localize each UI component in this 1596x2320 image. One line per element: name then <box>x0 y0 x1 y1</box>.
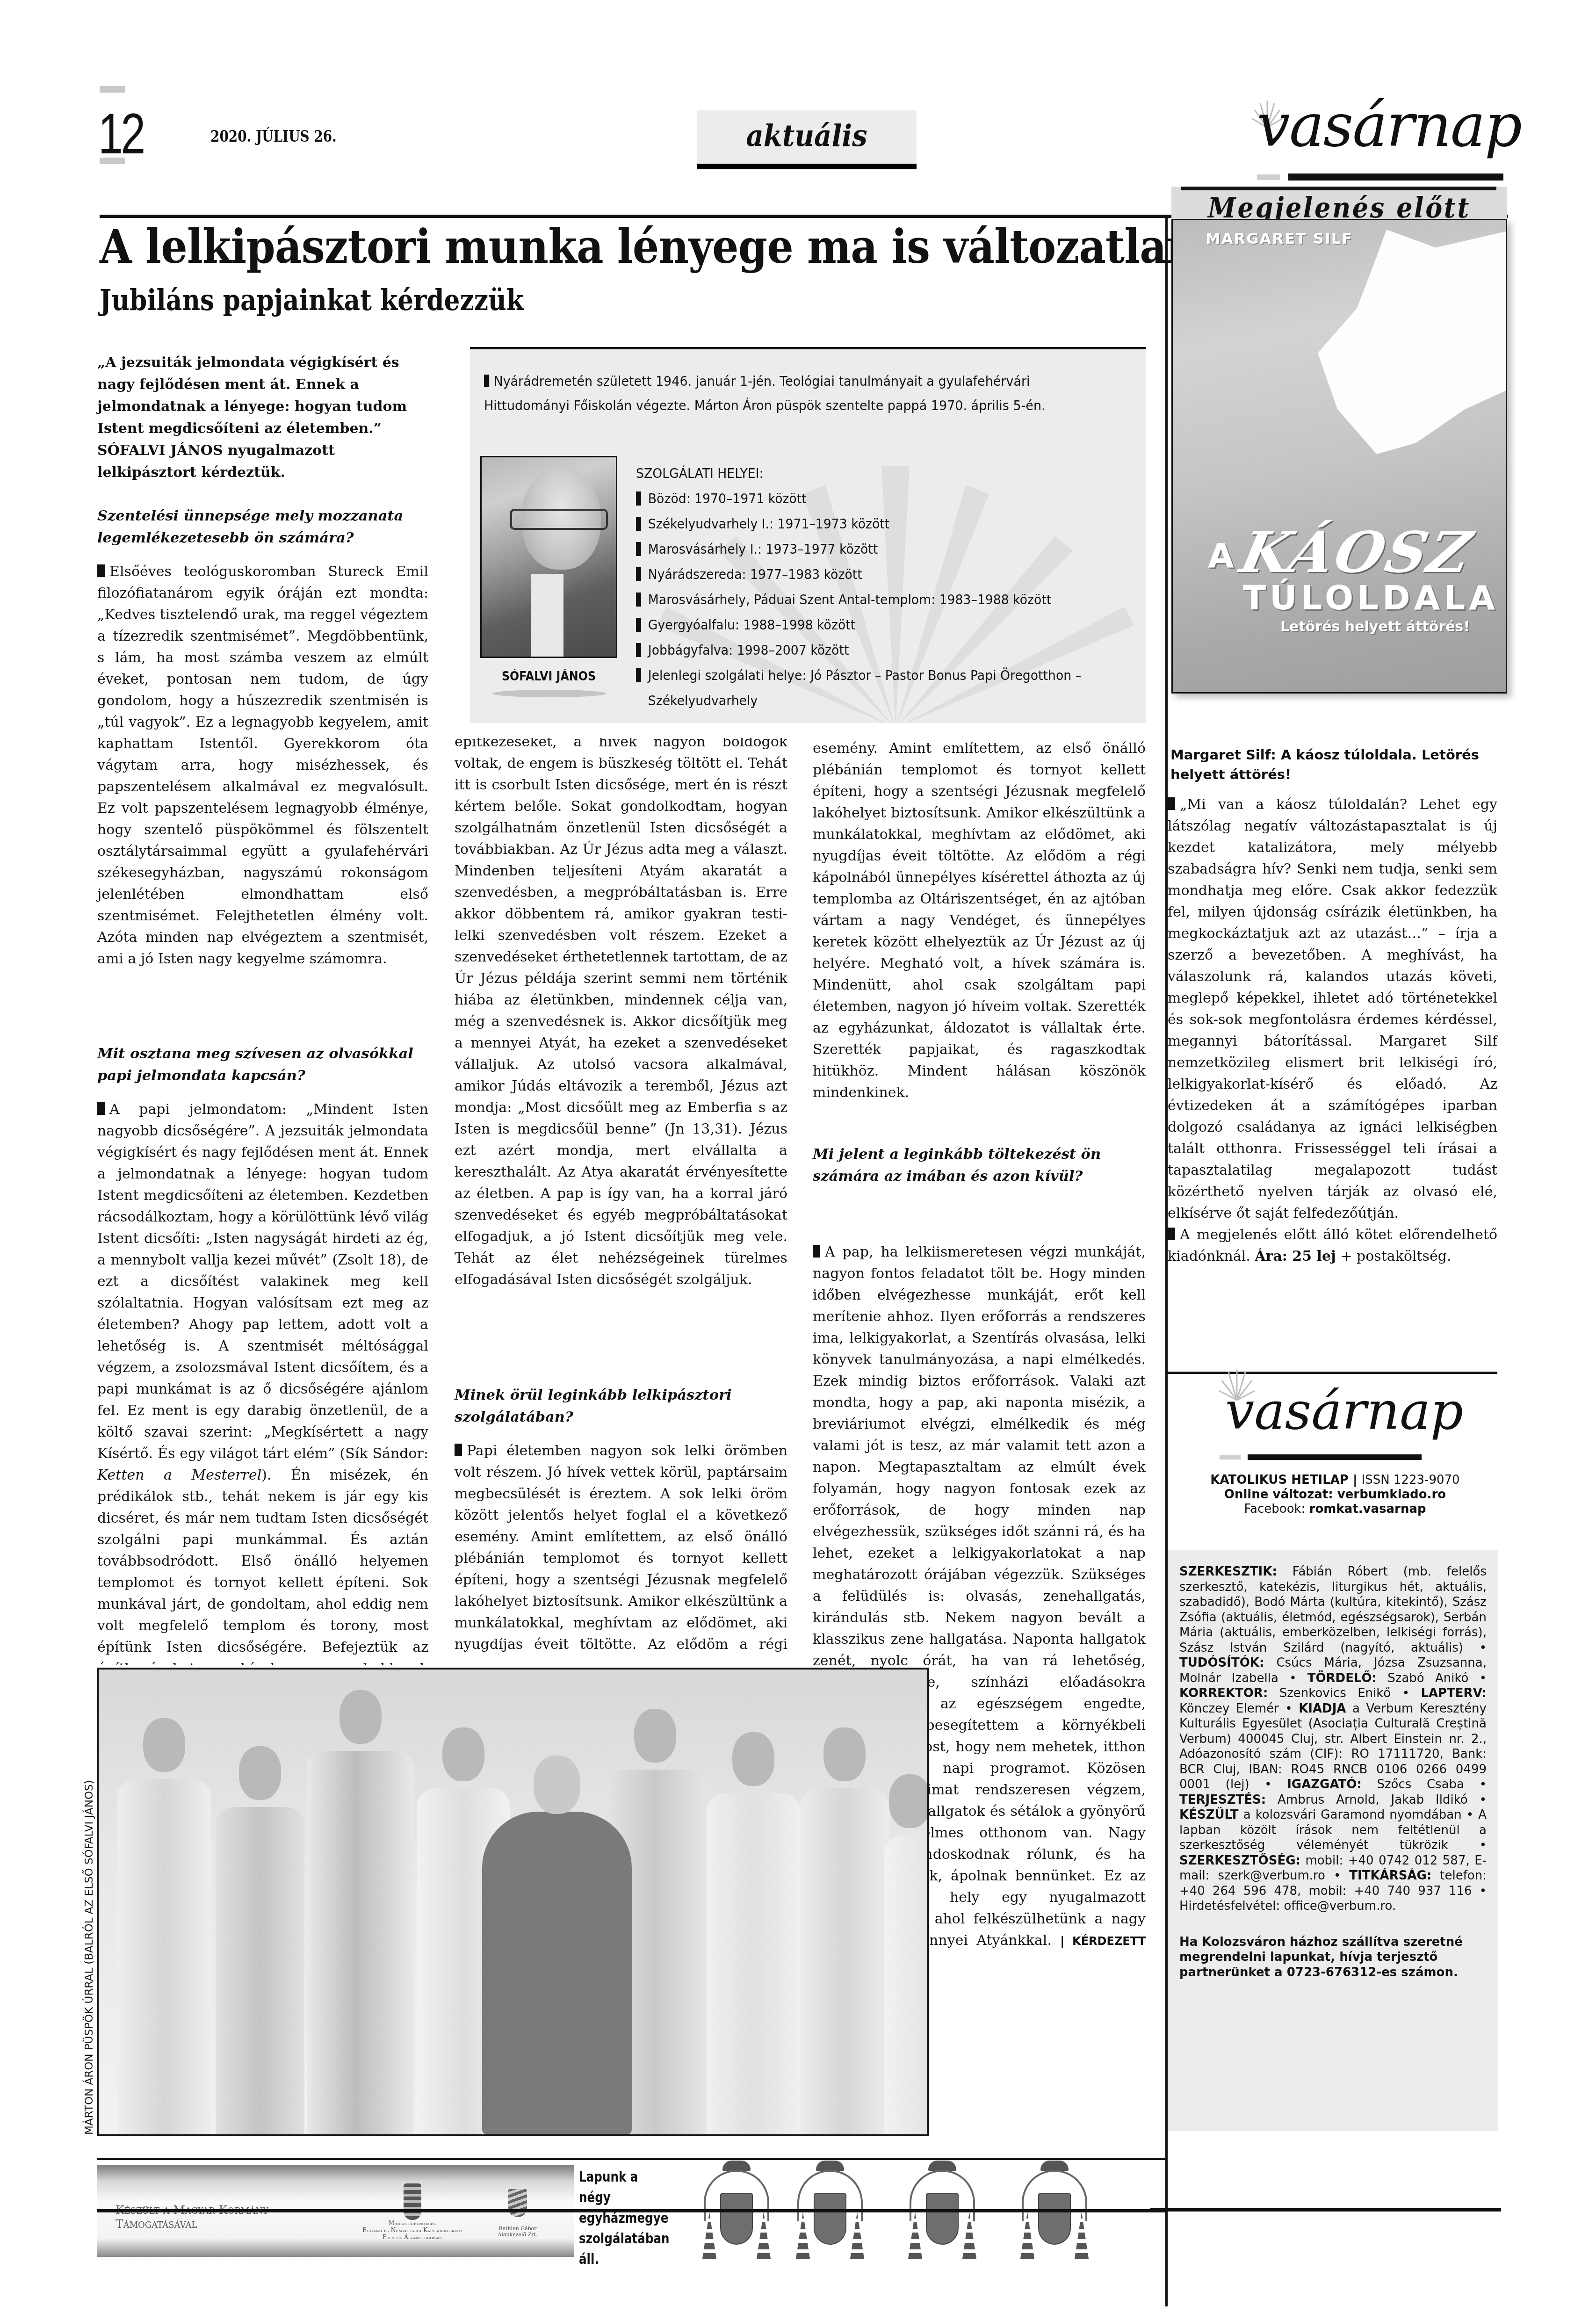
photo-head <box>339 1690 382 1744</box>
diocese-coat-of-arms-icon <box>795 2161 865 2268</box>
imprint-info: KATOLIKUS HETILAP | ISSN 1223-9070 Onlin… <box>1171 1473 1499 1517</box>
portrait-caption: SÓFALVI JÁNOS <box>489 669 609 684</box>
paragraph-marker <box>1168 1228 1175 1240</box>
answer-2-part-a: A papi jelmondatom: „Mindent Isten nagyo… <box>97 1099 428 1665</box>
photo-head <box>442 1727 484 1781</box>
sponsor-text: Készült a Magyar KormányTámogatásával <box>116 2203 268 2231</box>
logo-bar-grey <box>1220 1455 1241 1460</box>
question-4: Mi jelent a leginkább töltekezést ön szá… <box>813 1143 1146 1187</box>
online-version: Online változat: verbumkiado.ro <box>1171 1488 1499 1502</box>
editorial-credits: SZERKESZTIK: Fábián Róbert (mb. felelős … <box>1168 1550 1498 2131</box>
diocese-coat-of-arms-icon <box>701 2161 772 2268</box>
bethlen-gabor-text: Bethlen Gábor Alapkezelő Zrt. <box>490 2226 546 2238</box>
bullet-bar <box>636 668 641 682</box>
logo-bar-black <box>1248 1454 1422 1460</box>
answer-3-part-b: Papi életemben nagyon sok lelki örömben … <box>813 738 1146 1126</box>
bullet-bar <box>636 491 641 506</box>
cover-title-a: A <box>1208 536 1234 575</box>
subheadline: Jubiláns papjainkat kérdezzük <box>100 283 524 317</box>
bullet-bar <box>636 618 641 632</box>
photo-figure <box>884 1835 929 2134</box>
book-title: Margaret Silf: A káosz túloldala. Letöré… <box>1170 745 1498 784</box>
paragraph-marker <box>455 1444 462 1456</box>
credits-text: SZERKESZTIK: Fábián Róbert (mb. felelős … <box>1179 1564 1487 1914</box>
service-place-item: Bözöd: 1970–1971 között <box>636 486 1101 511</box>
ministry-text: MiniszterelnökségEgyházi és Nemzetiségi … <box>335 2220 490 2241</box>
credit-label: KÉSZÜLT <box>1179 1808 1239 1822</box>
service-place-item: Marosvásárhely, Páduai Szent Antal-templ… <box>636 587 1101 612</box>
photo-bishop <box>482 1812 632 2134</box>
logo-bar-grey <box>1257 174 1280 180</box>
photo-head <box>634 1709 676 1763</box>
logo-wordmark: vasárnap <box>1257 96 1521 156</box>
photo-figure <box>307 1751 414 2134</box>
paragraph-marker <box>813 1245 820 1258</box>
ordination-group-photo <box>97 1668 929 2136</box>
bullet-bar <box>636 517 641 531</box>
ministry-line-3: Felelős Államtitkárság <box>383 2234 443 2240</box>
photo-caption: MÁRTON ÁRON PÜSPÖK ÚRRAL (BALRÓL AZ ELSŐ… <box>83 1667 95 2135</box>
cover-title-kaosz: KÁOSZ <box>1235 520 1479 585</box>
photo-head <box>143 1718 185 1772</box>
cover-subtitle: Letörés helyett áttörés! <box>1280 619 1470 635</box>
book-description: „Mi van a káosz túloldalán? Lehet egy lá… <box>1168 794 1497 1267</box>
book-description-text: „Mi van a káosz túloldalán? Lehet egy lá… <box>1168 796 1497 1221</box>
service-place-item: Jelenlegi szolgálati helye: Jó Pásztor –… <box>636 663 1101 713</box>
page-number-bar-bottom <box>100 158 125 164</box>
credit-label: KORREKTOR: <box>1179 1686 1268 1700</box>
paragraph-marker <box>1168 797 1175 810</box>
sidebar-bottom-rule <box>1150 2208 1501 2212</box>
credit-label: LAPTERV: <box>1421 1686 1487 1700</box>
portrait-photo <box>480 456 617 658</box>
photo-head <box>889 1774 929 1828</box>
service-place-item: Székelyudvarhely I.: 1971–1973 között <box>636 511 1101 536</box>
photo-head <box>534 1756 580 1814</box>
biography-text: Nyárádremetén született 1946. január 1-j… <box>484 369 1089 418</box>
imprint-logo: vasárnap <box>1197 1338 1487 1465</box>
service-place-item: Gyergyóalfalu: 1988–1998 között <box>636 612 1101 637</box>
bio-text: Nyárádremetén született 1946. január 1-j… <box>484 373 1046 413</box>
answer-3-text: Papi életemben nagyon sok lelki örömben … <box>813 738 1146 1101</box>
imprint-logo-wordmark: vasárnap <box>1225 1385 1463 1437</box>
issue-date: 2020. JÚLIUS 26. <box>210 127 337 146</box>
credit-text: Szabó Anikó • <box>1377 1671 1487 1685</box>
answer-2-text-continued: ). Én misézek, én prédikálok stb., tehát… <box>97 1467 428 1665</box>
question-1: Szentelési ünnepsége mely mozzanata lege… <box>97 505 428 549</box>
book-cover: MARGARET SILF A KÁOSZ TÚLOLDALA Letörés … <box>1164 219 1513 745</box>
logo-bar-black <box>1288 173 1503 181</box>
credit-label: TITKÁRSÁG: <box>1349 1869 1431 1883</box>
section-label: aktuális <box>746 110 867 162</box>
biography-box: Nyárádremetén született 1946. január 1-j… <box>470 347 1146 723</box>
photo-head <box>823 1727 866 1781</box>
diocese-coat-of-arms-icon <box>1019 2161 1090 2268</box>
separator: | <box>1349 1473 1362 1487</box>
place-text: Marosvásárhely I.: 1973–1977 között <box>648 541 878 557</box>
bullet-bar <box>636 542 641 556</box>
service-places: SZOLGÁLATI HELYEI: Bözöd: 1970–1971 közö… <box>636 461 1101 713</box>
answer-2-text-continued: ). Én misézek, én prédikálok stb., tehát… <box>455 738 787 1288</box>
answer-1: Elsőéves teológuskoromban Stureck Emil f… <box>97 561 428 970</box>
credit-label: SZERKESZTŐSÉG: <box>1179 1854 1300 1868</box>
service-places-heading: SZOLGÁLATI HELYEI: <box>636 461 1101 486</box>
postage-text: + postaköltség. <box>1336 1248 1452 1265</box>
photo-figure <box>117 1779 211 2134</box>
place-text: Nyárádszereda: 1977–1983 között <box>648 566 862 582</box>
cover-author: MARGARET SILF <box>1206 230 1353 247</box>
paragraph-marker <box>484 375 489 387</box>
bullet-bar <box>636 567 641 581</box>
question-3: Minek örül leginkább lelkipásztori szolg… <box>455 1384 787 1428</box>
answer-3-part-a: Papi életemben nagyon sok lelki örömben … <box>455 1440 787 1655</box>
page-number: 12 <box>98 105 143 162</box>
cover-title-tuloldala: TÚLOLDALA <box>1243 578 1499 617</box>
photo-head <box>239 1746 281 1800</box>
photo-glasses <box>510 509 608 530</box>
credit-label: IGAZGATÓ: <box>1287 1778 1362 1792</box>
place-text: Marosvásárhely, Páduai Szent Antal-templ… <box>648 592 1052 607</box>
publication-type: KATOLIKUS HETILAP <box>1210 1473 1349 1487</box>
headline: A lelkipásztori munka lényege ma is vált… <box>100 220 1196 274</box>
footer-rule-top <box>97 2158 1168 2160</box>
diocese-coat-of-arms-icon <box>907 2161 977 2268</box>
hungarian-coat-of-arms-icon <box>404 2183 421 2220</box>
credit-label: SZERKESZTIK: <box>1179 1565 1277 1579</box>
sponsor-line-2: Támogatásával <box>116 2217 197 2231</box>
place-text: Székelyudvarhely I.: 1971–1973 között <box>648 516 889 532</box>
photo-figure <box>707 1793 800 2134</box>
credit-text: Szenkovics Enikő • <box>1268 1686 1421 1700</box>
photo-figure <box>216 1807 304 2134</box>
place-text: Jelenlegi szolgálati helye: Jó Pásztor –… <box>648 667 1082 708</box>
caption-shadow <box>492 690 607 697</box>
service-place-item: Marosvásárhely I.: 1973–1977 között <box>636 536 1101 562</box>
article-lead: „A jezsuiták jelmondata végigkísért és n… <box>97 352 425 484</box>
bullet-bar <box>636 643 641 657</box>
answer-1-text: Elsőéves teológuskoromban Stureck Emil f… <box>97 564 428 967</box>
paragraph-marker <box>97 564 105 577</box>
photo-collar <box>531 574 563 658</box>
book-cover-image: MARGARET SILF A KÁOSZ TÚLOLDALA Letörés … <box>1171 219 1507 694</box>
ministry-line-2: Egyházi és Nemzetiségi Kapcsolatokért <box>362 2227 462 2233</box>
credit-label: TUDÓSÍTÓK: <box>1179 1656 1264 1670</box>
credit-text: Szőcs Csaba • <box>1362 1778 1487 1792</box>
photo-head <box>732 1732 774 1786</box>
heading-rule-top <box>1181 187 1496 190</box>
credit-text: Könczey Elemér • <box>1179 1702 1299 1716</box>
photo-figure <box>800 1788 889 2134</box>
answer-2-part-b: A papi jelmondatom: „Mindent Isten nagyo… <box>455 738 787 1365</box>
credit-label: TERJESZTÉS: <box>1179 1793 1266 1807</box>
service-place-item: Jobbágyfalva: 1998–2007 között <box>636 637 1101 663</box>
footer-rule-bottom <box>97 2209 1168 2212</box>
place-text: Bözöd: 1970–1971 között <box>648 491 807 506</box>
service-place-item: Nyárádszereda: 1977–1983 között <box>636 562 1101 587</box>
bullet-bar <box>636 593 641 607</box>
issn: ISSN 1223-9070 <box>1362 1473 1460 1487</box>
cover-title-area: A KÁOSZ TÚLOLDALA Letörés helyett áttöré… <box>1173 342 1507 693</box>
vasarnap-logo: vasárnap <box>1253 96 1508 171</box>
bethlen-gabor-logo-icon <box>508 2189 527 2217</box>
portrait: SÓFALVI JÁNOS <box>480 456 617 723</box>
answer-3-text: Papi életemben nagyon sok lelki örömben … <box>455 1443 787 1655</box>
home-delivery-notice: Ha Kolozsváron házhoz szállítva szeretné… <box>1179 1935 1487 1980</box>
dioceses-statement: Lapunk a négy egyházmegye szolgálatában … <box>579 2167 667 2270</box>
credit-label: TÖRDELŐ: <box>1307 1671 1377 1685</box>
facebook-label: Facebook: <box>1244 1502 1309 1516</box>
ministry-line-1: Miniszterelnökség <box>389 2220 436 2226</box>
answer-2-text: A papi jelmondatom: „Mindent Isten nagyo… <box>97 1101 428 1462</box>
question-2: Mit osztana meg szívesen az olvasókkal p… <box>97 1043 428 1087</box>
place-text: Jobbágyfalva: 1998–2007 között <box>648 642 849 658</box>
credit-label: KIADJA <box>1299 1702 1346 1716</box>
answer-2-book-title: Ketten a Mesterrel <box>97 1467 261 1483</box>
book-price: Ára: 25 lej <box>1255 1248 1336 1265</box>
page-number-bar-top <box>100 86 125 93</box>
credit-text: Ambrus Arnold, Jakab Ildikó • <box>1266 1793 1487 1807</box>
place-text: Gyergyóalfalu: 1988–1998 között <box>648 617 855 633</box>
facebook-handle: romkat.vasarnap <box>1309 1502 1426 1516</box>
section-tab: aktuális <box>697 110 917 169</box>
paragraph-marker <box>97 1102 105 1115</box>
